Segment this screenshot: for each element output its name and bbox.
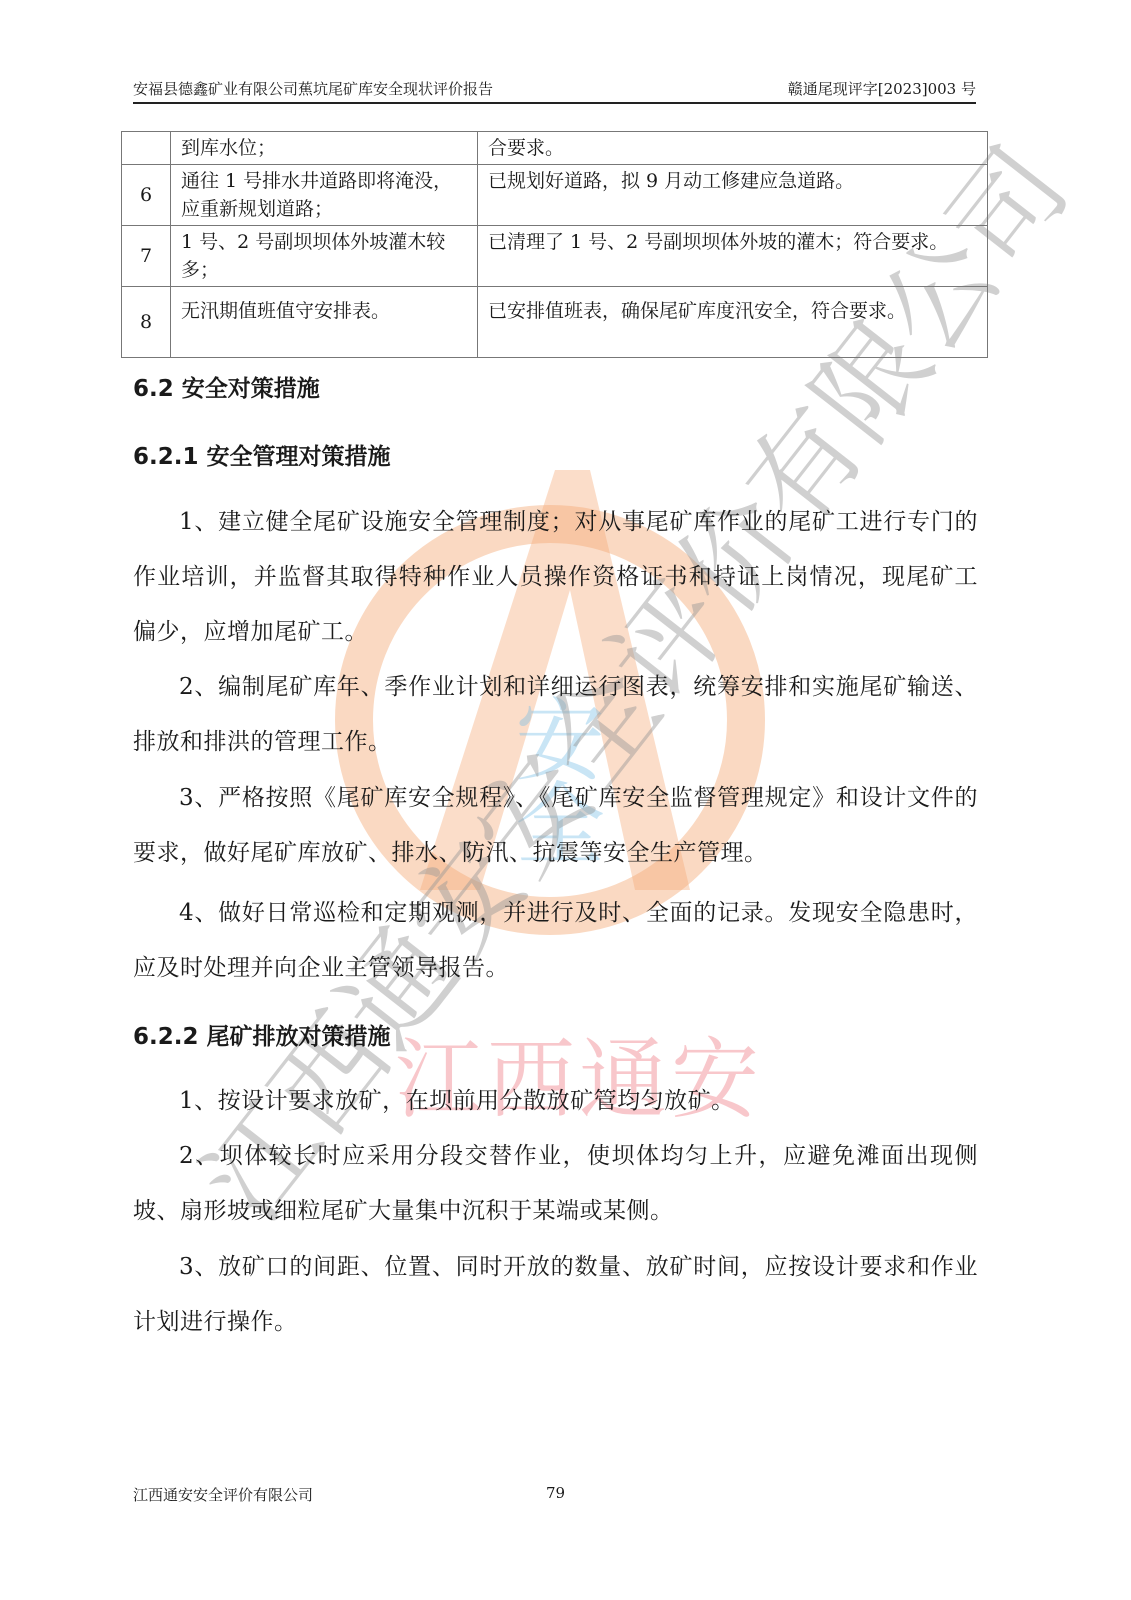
row-number: 7 <box>122 226 171 287</box>
paragraph-management-1: 1、建立健全尾矿设施安全管理制度；对从事尾矿库作业的尾矿工进行专门的作业培训，并… <box>133 495 978 660</box>
footer-company: 江西通安安全评价有限公司 <box>133 1484 313 1505</box>
section-heading-6-2-1: 6.2.1 安全管理对策措施 <box>133 438 391 471</box>
page-number: 79 <box>546 1484 565 1502</box>
row-number <box>122 132 171 165</box>
issue-cell: 1 号、2 号副坝坝体外坡灌木较多； <box>171 226 478 287</box>
row-number: 6 <box>122 165 171 226</box>
result-cell: 已清理了 1 号、2 号副坝坝体外坡的灌木；符合要求。 <box>478 226 988 287</box>
paragraph-discharge-3: 3、放矿口的间距、位置、同时开放的数量、放矿时间，应按设计要求和作业计划进行操作… <box>133 1240 978 1350</box>
issue-cell: 通往 1 号排水井道路即将淹没，应重新规划道路； <box>171 165 478 226</box>
rectification-table: 到库水位； 合要求。 6 通往 1 号排水井道路即将淹没，应重新规划道路； 已规… <box>121 131 988 358</box>
row-number: 8 <box>122 287 171 358</box>
paragraph-discharge-2: 2、坝体较长时应采用分段交替作业，使坝体均匀上升，应避免滩面出现侧坡、扇形坡或细… <box>133 1129 978 1239</box>
table-row: 到库水位； 合要求。 <box>122 132 988 165</box>
paragraph-discharge-1: 1、按设计要求放矿，在坝前用分散放矿管均匀放矿。 <box>133 1074 978 1129</box>
table-row: 7 1 号、2 号副坝坝体外坡灌木较多； 已清理了 1 号、2 号副坝坝体外坡的… <box>122 226 988 287</box>
document-number: 赣通尾现评字[2023]003 号 <box>788 78 976 99</box>
table-row: 6 通往 1 号排水井道路即将淹没，应重新规划道路； 已规划好道路，拟 9 月动… <box>122 165 988 226</box>
page-header: 安福县德鑫矿业有限公司蕉坑尾矿库安全现状评价报告 赣通尾现评字[2023]003… <box>133 76 976 104</box>
paragraph-management-4: 4、做好日常巡检和定期观测，并进行及时、全面的记录。发现安全隐患时，应及时处理并… <box>133 886 978 996</box>
paragraph-management-2: 2、编制尾矿库年、季作业计划和详细运行图表，统筹安排和实施尾矿输送、排放和排洪的… <box>133 660 978 770</box>
result-cell: 已规划好道路，拟 9 月动工修建应急道路。 <box>478 165 988 226</box>
section-heading-6-2: 6.2 安全对策措施 <box>133 370 320 403</box>
section-heading-6-2-2: 6.2.2 尾矿排放对策措施 <box>133 1018 391 1051</box>
result-cell: 已安排值班表，确保尾矿库度汛安全，符合要求。 <box>478 287 988 358</box>
table-row: 8 无汛期值班值守安排表。 已安排值班表，确保尾矿库度汛安全，符合要求。 <box>122 287 988 358</box>
paragraph-management-3: 3、严格按照《尾矿库安全规程》、《尾矿库安全监督管理规定》和设计文件的要求，做好… <box>133 771 978 881</box>
result-cell: 合要求。 <box>478 132 988 165</box>
report-title: 安福县德鑫矿业有限公司蕉坑尾矿库安全现状评价报告 <box>133 78 493 99</box>
issue-cell: 无汛期值班值守安排表。 <box>171 287 478 358</box>
issue-cell: 到库水位； <box>171 132 478 165</box>
